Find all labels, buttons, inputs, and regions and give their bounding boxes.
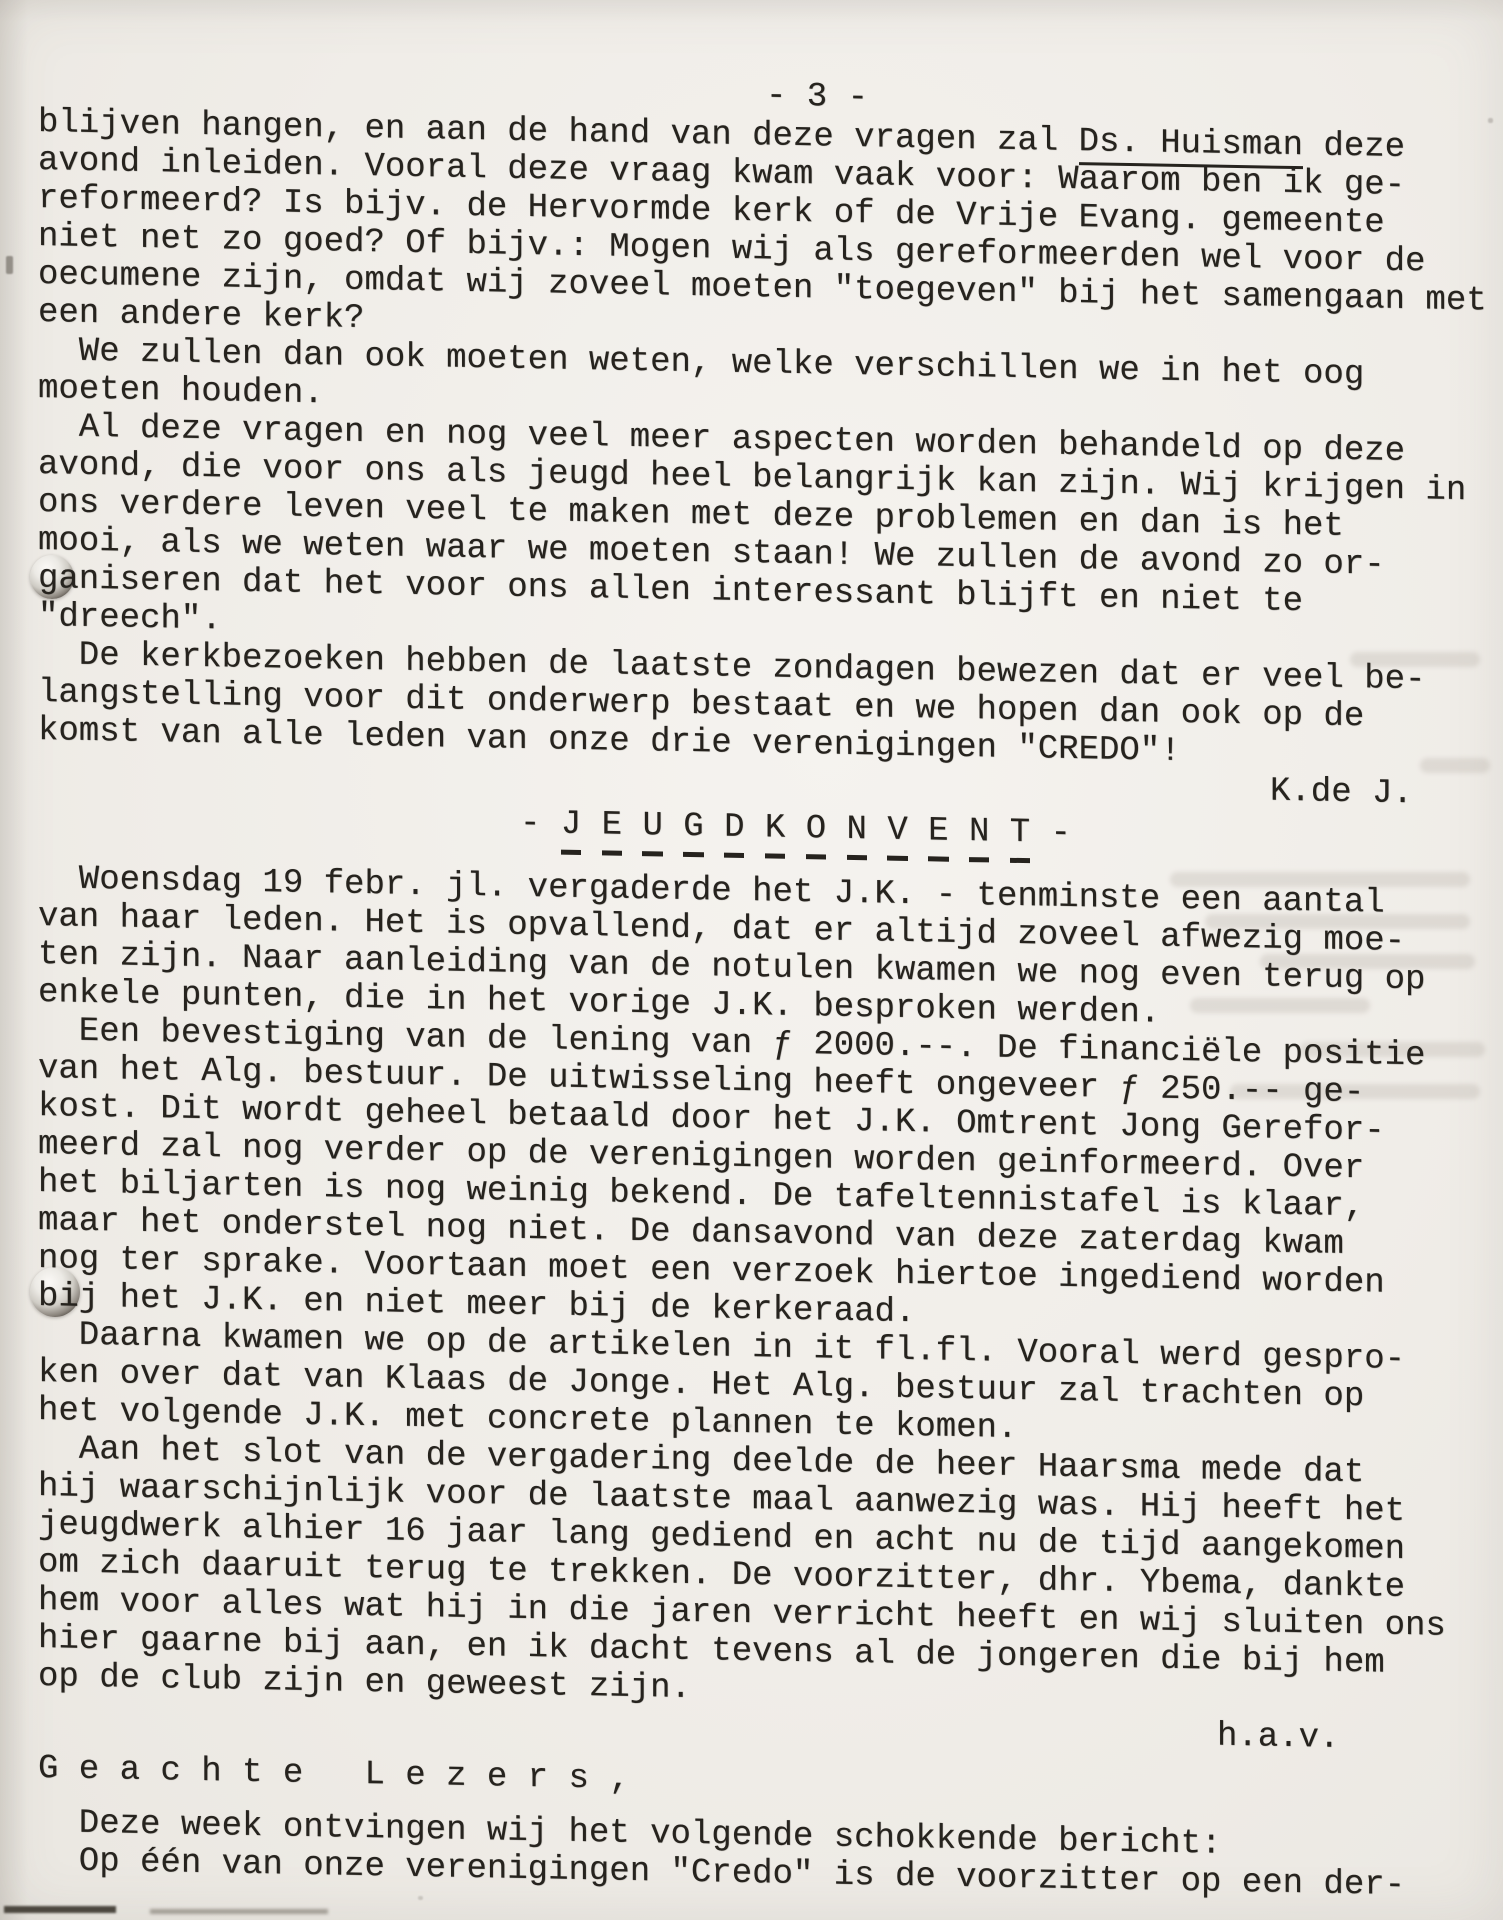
scan-artifact-bar	[150, 1909, 328, 1914]
scan-artifact-bar	[4, 1906, 116, 1913]
heading-letter: N	[847, 811, 867, 860]
heading-letter: D	[724, 809, 744, 858]
scan-speck	[6, 256, 13, 274]
typewritten-content: - 3 - blijven hangen, en aan de hand van…	[38, 64, 1498, 1907]
jeugdkonvent-section: Woensdag 19 febr. jl. vergaderde het J.K…	[38, 860, 1498, 1761]
heading-dash-close: -	[1030, 814, 1071, 853]
heading-letter: E	[602, 806, 622, 855]
heading-letter: T	[1010, 814, 1030, 863]
heading-letter: U	[642, 807, 662, 856]
paper-edge-shading-top	[0, 0, 1503, 22]
scanned-page: - 3 - blijven hangen, en aan de hand van…	[0, 0, 1503, 1920]
heading-letter: K	[765, 809, 785, 858]
heading-letter: J	[561, 806, 581, 855]
heading-letter: O	[806, 810, 826, 859]
heading-letter: V	[887, 812, 907, 861]
heading-letter: E	[928, 812, 948, 861]
heading-dash-open: -	[520, 805, 561, 844]
jeugdkonvent-lines: Woensdag 19 febr. jl. vergaderde het J.K…	[38, 860, 1498, 1723]
heading-letters: J E U G D K O N V E N T	[561, 806, 1030, 853]
heading-letter: G	[683, 808, 703, 857]
paper-edge-shading-left	[0, 0, 28, 1920]
heading-letter: N	[969, 813, 989, 862]
article-credo-lines: avond inleiden. Vooral deze vraag kwam v…	[38, 142, 1498, 777]
line-text: deze	[1303, 127, 1405, 167]
article-credo-section: blijven hangen, en aan de hand van deze …	[38, 104, 1498, 815]
salutation: G e a c h t e L e z e r s ,	[38, 1750, 1498, 1815]
readers-note-section: G e a c h t e L e z e r s , Deze week on…	[38, 1750, 1498, 1907]
readers-note-lines: Deze week ontvingen wij het volgende sch…	[38, 1804, 1498, 1907]
scan-speck	[418, 1896, 423, 1900]
